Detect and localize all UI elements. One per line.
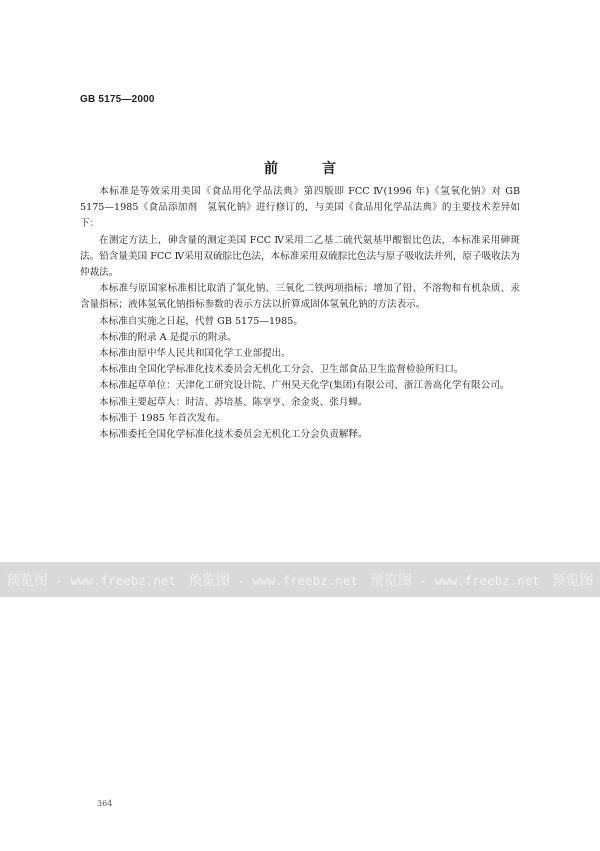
paragraph-changes: 本标准与原国家标准相比取消了氯化钠、三氧化二铁两项指标；增加了铅、不溶物和有机杂… — [80, 281, 520, 313]
paragraph-first-issue: 本标准于 1985 年首次发布。 — [80, 411, 520, 427]
paragraph-drafting-units: 本标准起草单位：天津化工研究设计院、广州昊天化学(集团)有限公司、浙江善高化学有… — [80, 378, 520, 394]
watermark-item: 预览图 - www.freebz.net — [552, 570, 600, 590]
paragraph-interpretation: 本标准委托全国化学标准化技术委员会无机化工分会负责解释。 — [80, 427, 520, 443]
paragraph-test-methods: 在测定方法上，砷含量的测定美国 FCC Ⅳ采用二乙基二硫代氨基甲酸银比色法，本标… — [80, 233, 520, 282]
foreword-body: 本标准是等效采用美国《食品用化学品法典》第四版即 FCC Ⅳ(1996 年)《氢… — [80, 184, 520, 443]
watermark-item: 预览图 - www.freebz.net — [6, 570, 176, 590]
paragraph-replacement: 本标准自实施之日起，代替 GB 5175—1985。 — [80, 314, 520, 330]
title-char-2: 言 — [322, 158, 336, 178]
paragraph-proposer: 本标准由原中华人民共和国化学工业部提出。 — [80, 346, 520, 362]
watermark-item: 预览图 - www.freebz.net — [188, 570, 358, 590]
paragraph-adoption: 本标准是等效采用美国《食品用化学品法典》第四版即 FCC Ⅳ(1996 年)《氢… — [80, 184, 520, 233]
watermark-item: 预览图 - www.freebz.net — [370, 570, 540, 590]
title-char-1: 前 — [264, 158, 278, 178]
page-number: 364 — [97, 799, 112, 808]
watermark-band: 预览图 - www.freebz.net 预览图 - www.freebz.ne… — [0, 562, 600, 597]
page-title: 前言 — [0, 158, 600, 178]
paragraph-appendix: 本标准的附录 A 是提示的附录。 — [80, 330, 520, 346]
standard-code: GB 5175—2000 — [80, 94, 155, 105]
paragraph-jurisdiction: 本标准由全国化学标准化技术委员会无机化工分会、卫生部食品卫生监督检验所归口。 — [80, 362, 520, 378]
paragraph-drafters: 本标准主要起草人：时洁、苏培基、陈享亨、余金炎、张月蝉。 — [80, 395, 520, 411]
